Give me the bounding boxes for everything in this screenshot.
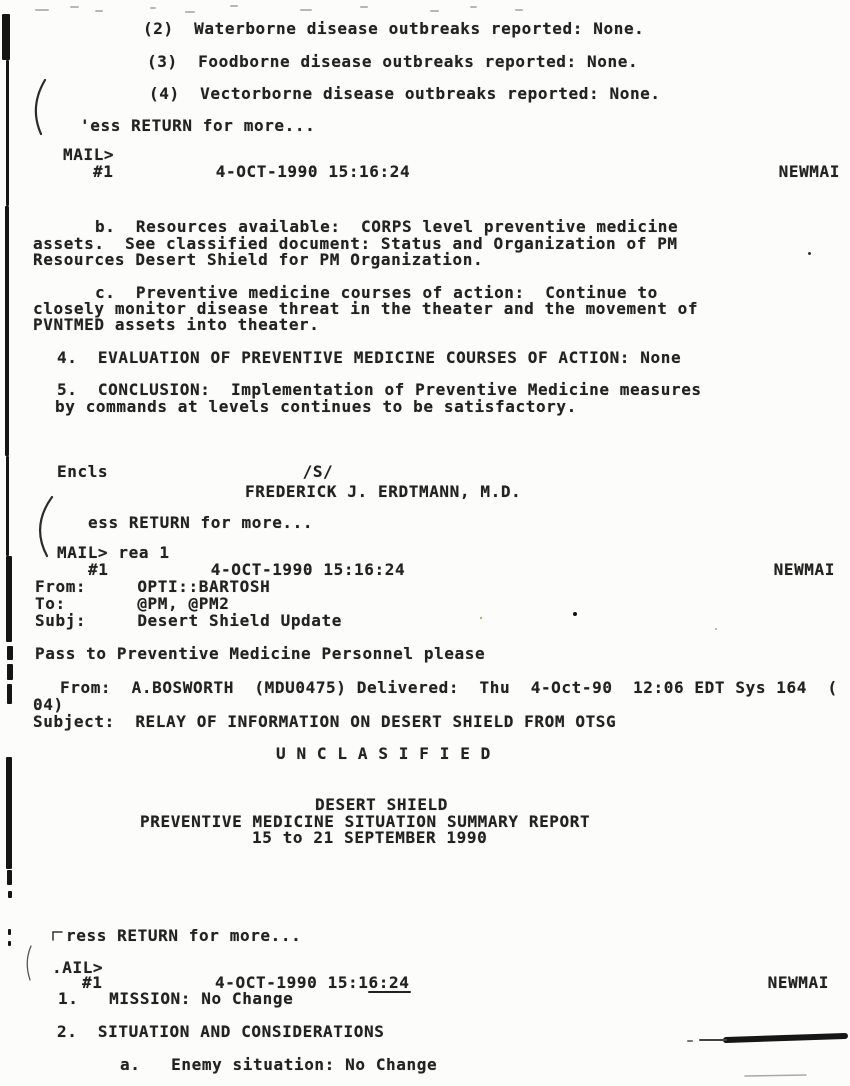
top-edge-speck xyxy=(430,10,439,12)
section-5-conclusion: 5. CONCLUSION: Implementation of Prevent… xyxy=(57,382,702,398)
signature-name: FREDERICK J. ERDTMANN, M.D. xyxy=(245,484,521,500)
scanned-terminal-printout: (2) Waterborne disease outbreaks reporte… xyxy=(0,0,850,1086)
body-line: PVNTMED assets into theater. xyxy=(33,317,320,333)
top-edge-speck xyxy=(150,7,156,9)
top-edge-speck xyxy=(70,6,79,8)
classification-line: U N C L A S I F I E D xyxy=(276,746,491,762)
scribble-bottom-right xyxy=(726,1036,845,1040)
top-edge-speck xyxy=(35,9,49,11)
forward-subject: Subject: RELAY OF INFORMATION ON DESERT … xyxy=(33,714,616,730)
body-para-a-enemy: a. Enemy situation: No Change xyxy=(120,1057,437,1073)
top-edge-speck xyxy=(360,6,368,8)
body-line: Resources Desert Shield for PM Organizat… xyxy=(33,252,483,268)
encls-signature-slash: Encls /S/ xyxy=(57,464,333,480)
faded-p-glyph-mark xyxy=(53,932,62,940)
report-title-line-1: DESERT SHIELD xyxy=(315,797,448,813)
outbreak-line-foodborne: (3) Foodborne disease outbreaks reported… xyxy=(147,54,638,70)
more-prompt-2: ess RETURN for more... xyxy=(88,515,313,531)
report-title-line-3: 15 to 21 SEPTEMBER 1990 xyxy=(252,830,487,846)
left-border-scan-bar xyxy=(8,941,11,946)
left-border-scan-bar xyxy=(6,60,9,206)
left-border-scan-bar xyxy=(8,891,12,898)
section-4-evaluation: 4. EVALUATION OF PREVENTIVE MEDICINE COU… xyxy=(57,350,681,366)
more-prompt-1: 'ess RETURN for more... xyxy=(80,118,315,134)
mail-prompt-read-command: MAIL> rea 1 xyxy=(57,545,170,561)
forward-from-wrap: 04) xyxy=(33,697,64,713)
top-edge-speck xyxy=(185,11,195,13)
field-to: To: @PM, @PM2 xyxy=(35,596,229,612)
field-from: From: OPTI::BARTOSH xyxy=(35,579,270,595)
body-pass-note: Pass to Preventive Medicine Personnel pl… xyxy=(35,646,485,662)
pen-paren-mark-1 xyxy=(36,80,45,134)
faint-dash-bottom xyxy=(745,1075,806,1076)
left-border-scan-bar xyxy=(7,646,13,660)
left-border-scan-bar xyxy=(8,929,11,935)
body-line: by commands at levels continues to be sa… xyxy=(55,399,577,415)
pen-paren-mark-2 xyxy=(40,497,52,556)
body-para-b: b. Resources available: CORPS level prev… xyxy=(95,219,678,235)
left-border-scan-bar xyxy=(7,870,12,885)
message-header-2: #1 4-OCT-1990 15:16:24 NEWMAI xyxy=(88,562,835,578)
left-border-scan-bar xyxy=(6,456,9,556)
section-2-situation: 2. SITUATION AND CONSIDERATIONS xyxy=(57,1024,384,1040)
outbreak-line-vectorborne: (4) Vectorborne disease outbreaks report… xyxy=(149,86,661,102)
left-border-scan-bar xyxy=(2,14,10,60)
message-header-1: #1 4-OCT-1990 15:16:24 NEWMAI xyxy=(93,164,840,180)
left-border-scan-bar xyxy=(5,206,9,456)
forward-from-line: From: A.BOSWORTH (MDU0475) Delivered: Th… xyxy=(60,680,838,696)
top-edge-speck xyxy=(95,10,103,12)
top-edge-speck xyxy=(470,6,477,8)
stray-ink-dot xyxy=(480,617,482,619)
left-border-scan-bar xyxy=(6,757,12,869)
top-edge-speck xyxy=(230,5,238,7)
left-border-scan-bar xyxy=(6,556,12,642)
section-1-mission: 1. MISSION: No Change xyxy=(58,991,293,1007)
stray-ink-dot xyxy=(715,628,717,630)
mail-prompt-1: MAIL> xyxy=(63,147,114,163)
pen-paren-mark-3 xyxy=(27,946,31,980)
stray-ink-dot xyxy=(573,612,577,616)
stray-ink-dot xyxy=(808,252,811,255)
top-edge-speck xyxy=(515,9,523,11)
more-prompt-3: ress RETURN for more... xyxy=(66,928,301,944)
top-edge-speck xyxy=(300,9,312,11)
outbreak-line-waterborne: (2) Waterborne disease outbreaks reporte… xyxy=(143,21,644,37)
left-border-scan-bar xyxy=(7,664,13,680)
left-border-scan-bar xyxy=(7,684,12,704)
field-subj: Subj: Desert Shield Update xyxy=(35,613,342,629)
